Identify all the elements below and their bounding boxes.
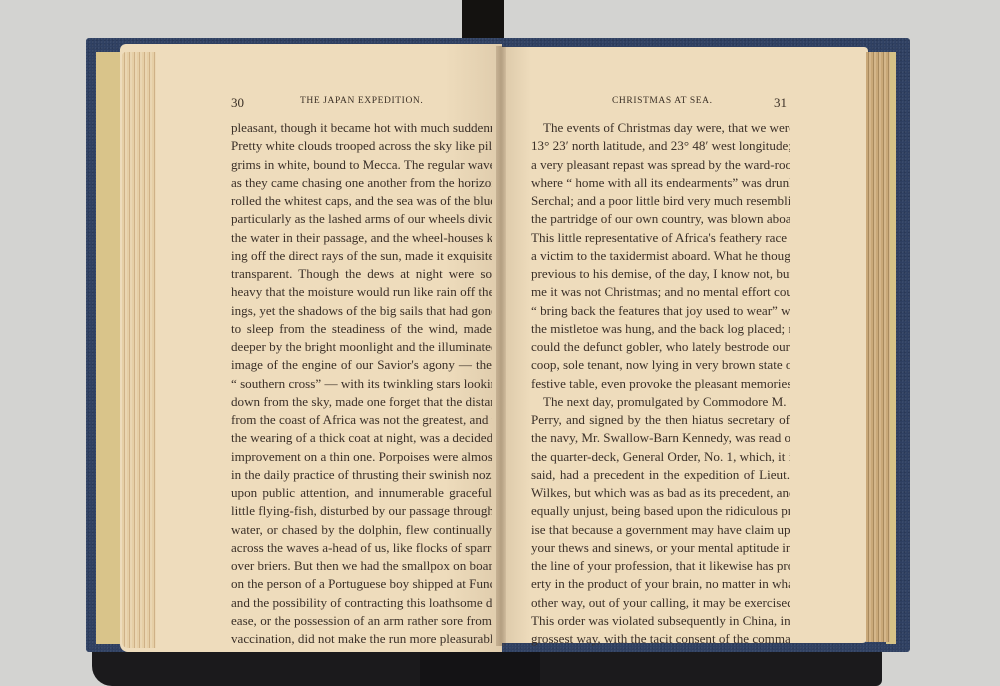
text-line: equally unjust, being based upon the rid…	[531, 502, 790, 520]
text-line: The events of Christmas day were, that w…	[531, 119, 790, 137]
text-line: across the waves a-head of us, like floc…	[231, 539, 492, 557]
text-line: This little representative of Africa's f…	[531, 229, 790, 247]
text-line: said, had a precedent in the expedition …	[531, 466, 790, 484]
text-line: ease, or the possession of an arm rather…	[231, 612, 492, 630]
text-line: heavy that the moisture would run like r…	[231, 283, 492, 301]
text-line: the water in their passage, and the whee…	[231, 229, 492, 247]
left-page-edges	[122, 52, 156, 648]
text-line: the partridge of our own country, was bl…	[531, 210, 790, 228]
text-line: a victim to the taxidermist aboard. What…	[531, 247, 790, 265]
text-line: previous to his demise, of the day, I kn…	[531, 265, 790, 283]
text-line: other way, out of your calling, it may b…	[531, 594, 790, 612]
book-scan: 30 THE JAPAN EXPEDITION. CHRISTMAS AT SE…	[0, 0, 1000, 686]
text-line: upon public attention, and innumerable g…	[231, 484, 492, 502]
text-line: particularly as the lashed arms of our w…	[231, 210, 492, 228]
spine-shadow	[420, 648, 540, 686]
text-line: the line of your profession, that it lik…	[531, 557, 790, 575]
text-line: me it was not Christmas; and no mental e…	[531, 283, 790, 301]
text-line: erty in the product of your brain, no ma…	[531, 575, 790, 593]
text-line: Pretty white clouds trooped across the s…	[231, 137, 492, 155]
text-line: your thews and sinews, or your mental ap…	[531, 539, 790, 557]
right-running-head: CHRISTMAS AT SEA.	[612, 96, 713, 112]
book-gutter	[496, 46, 506, 646]
text-line: where “ home with all its endearments” w…	[531, 174, 790, 192]
text-line: as they came chasing one another from th…	[231, 174, 492, 192]
text-line: Serchal; and a poor little bird very muc…	[531, 192, 790, 210]
text-line: pleasant, though it became hot with much…	[231, 119, 492, 137]
text-line: Perry, and signed by the then hiatus sec…	[531, 411, 790, 429]
text-line: a very pleasant repast was spread by the…	[531, 156, 790, 174]
text-line: Wilkes, but which was as bad as its prec…	[531, 484, 790, 502]
text-line: the mistletoe was hung, and the back log…	[531, 320, 790, 338]
text-line: the quarter-deck, General Order, No. 1, …	[531, 448, 790, 466]
right-page-text: The events of Christmas day were, that w…	[531, 119, 790, 648]
text-line: “ southern cross” — with its twinkling s…	[231, 375, 492, 393]
text-line: deeper by the bright moonlight and the i…	[231, 338, 492, 356]
text-line: ise that because a government may have c…	[531, 521, 790, 539]
text-line: to sleep from the steadiness of the wind…	[231, 320, 492, 338]
text-line: could the defunct gobler, who lately bes…	[531, 338, 790, 356]
right-page-number: 31	[774, 95, 787, 111]
text-line: grims in white, bound to Mecca. The regu…	[231, 156, 492, 174]
text-line: down from the sky, made one forget that …	[231, 393, 492, 411]
text-line: coop, sole tenant, now lying in very bro…	[531, 356, 790, 374]
text-line: “ bring back the features that joy used …	[531, 302, 790, 320]
text-line: image of the engine of our Savior's agon…	[231, 356, 492, 374]
left-page-text: pleasant, though it became hot with much…	[231, 119, 492, 648]
text-line: in the daily practice of thrusting their…	[231, 466, 492, 484]
text-line: ing off the direct rays of the sun, made…	[231, 247, 492, 265]
left-page-number: 30	[231, 95, 244, 111]
text-line: This order was violated subsequently in …	[531, 612, 790, 630]
text-line: The next day, promulgated by Commodore M…	[531, 393, 790, 411]
text-line: the navy, Mr. Swallow-Barn Kennedy, was …	[531, 429, 790, 447]
text-line: rolled the whitest caps, and the sea was…	[231, 192, 492, 210]
text-line: and the possibility of contracting this …	[231, 594, 492, 612]
text-line: the wearing of a thick coat at night, wa…	[231, 429, 492, 447]
left-running-head: THE JAPAN EXPEDITION.	[300, 96, 423, 112]
text-line: ings, yet the shadows of the big sails t…	[231, 302, 492, 320]
text-line: transparent. Though the dews at night we…	[231, 265, 492, 283]
text-line: from the coast of Africa was not the gre…	[231, 411, 492, 429]
text-line: over briers. But then we had the smallpo…	[231, 557, 492, 575]
text-line: festive table, even provoke the pleasant…	[531, 375, 790, 393]
text-line: vaccination, did not make the run more p…	[231, 630, 492, 648]
text-line: improvement on a thin one. Porpoises wer…	[231, 448, 492, 466]
text-line: grossest way, with the tacit consent of …	[531, 630, 790, 648]
text-line: little flying-fish, disturbed by our pas…	[231, 502, 492, 520]
text-line: water, or chased by the dolphin, flew co…	[231, 521, 492, 539]
text-line: on the person of a Portuguese boy shippe…	[231, 575, 492, 593]
text-line: 13° 23′ north latitude, and 23° 48′ west…	[531, 137, 790, 155]
right-page-edges	[866, 52, 890, 642]
